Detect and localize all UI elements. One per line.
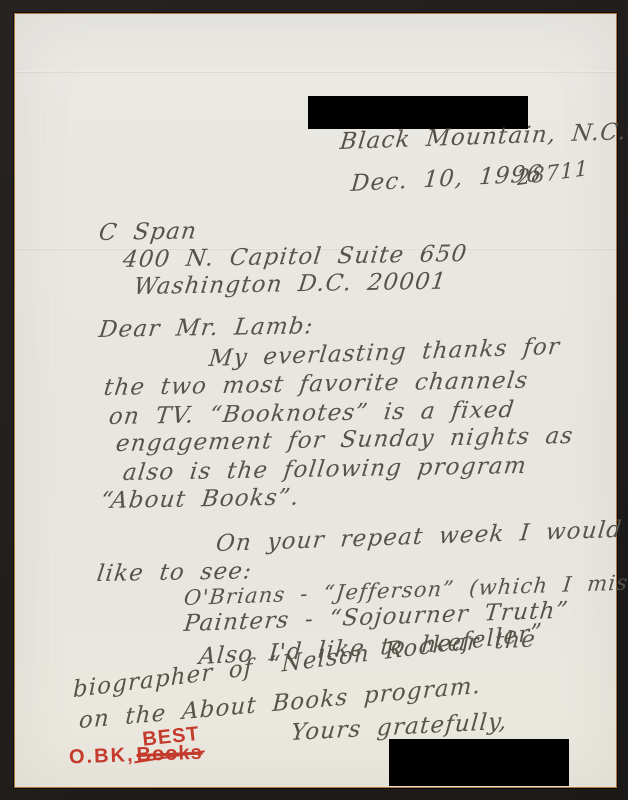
body-line: the two most favorite channels (102, 368, 530, 401)
red-annotation-struckout: Books (136, 742, 203, 767)
heading-date-line: Dec. 10, 1996 (350, 161, 544, 197)
recipient-name-line: C Span (97, 218, 198, 246)
paper-crease (15, 71, 616, 73)
body-line: “About Books”. (99, 485, 301, 515)
body-line: also is the following program (121, 453, 528, 486)
recipient-city-line: Washington D.C. 20001 (132, 269, 448, 301)
photo-background: Black Mountain, N.C.- 28711 Dec. 10, 199… (0, 0, 628, 800)
body-line: On your repeat week I would (215, 517, 624, 557)
redaction-box-bottom (389, 739, 569, 786)
salutation-line: Dear Mr. Lamb: (97, 313, 315, 343)
body-line: like to see: (95, 558, 253, 587)
red-annotation-prefix: O.BK, (69, 744, 135, 768)
letter-paper: Black Mountain, N.C.- 28711 Dec. 10, 199… (14, 13, 617, 788)
red-ink-annotation: O.BK,BESTBooks (69, 742, 203, 770)
red-annotation-correction: BESTBooks (136, 742, 203, 767)
